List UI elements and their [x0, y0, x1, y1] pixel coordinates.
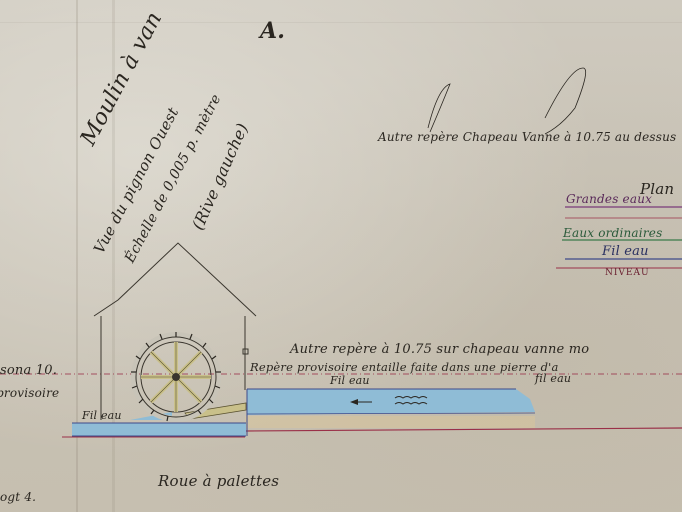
legend-item-fil-eau: Fil eau	[602, 244, 649, 259]
left-level-note: sona 10.	[0, 363, 57, 378]
legend-item-grandes-eaux: Grandes eaux	[566, 192, 652, 206]
upper-reference-note: Autre repère Chapeau Vanne à 10.75 au de…	[378, 130, 676, 144]
document-sheet: A. Moulin à van Vue du pignon Ouest Éche…	[0, 0, 682, 512]
left-provisoire-note: provisoire	[0, 386, 59, 400]
wheel-label: Roue à palettes	[158, 472, 279, 490]
bottom-left-fragment: ogt 4.	[0, 490, 36, 504]
fil-eau-left-label: Fil eau	[82, 409, 122, 422]
title-letter: A.	[260, 18, 285, 44]
fil-eau-right-label: fil eau	[535, 372, 571, 385]
legend-item-niveau: Niveau	[605, 268, 650, 278]
lower-reference-note: Autre repère à 10.75 sur chapeau vanne m…	[290, 342, 589, 357]
provisional-reference-note: Repère provisoire entaille faite dans un…	[250, 360, 559, 374]
fil-eau-center-label: Fil eau	[330, 374, 370, 387]
water-wheel	[131, 332, 221, 421]
title-block: A. Moulin à van Vue du pignon Ouest Éche…	[100, 20, 360, 250]
legend-item-eaux-ordinaires: Eaux ordinaires	[563, 226, 662, 240]
